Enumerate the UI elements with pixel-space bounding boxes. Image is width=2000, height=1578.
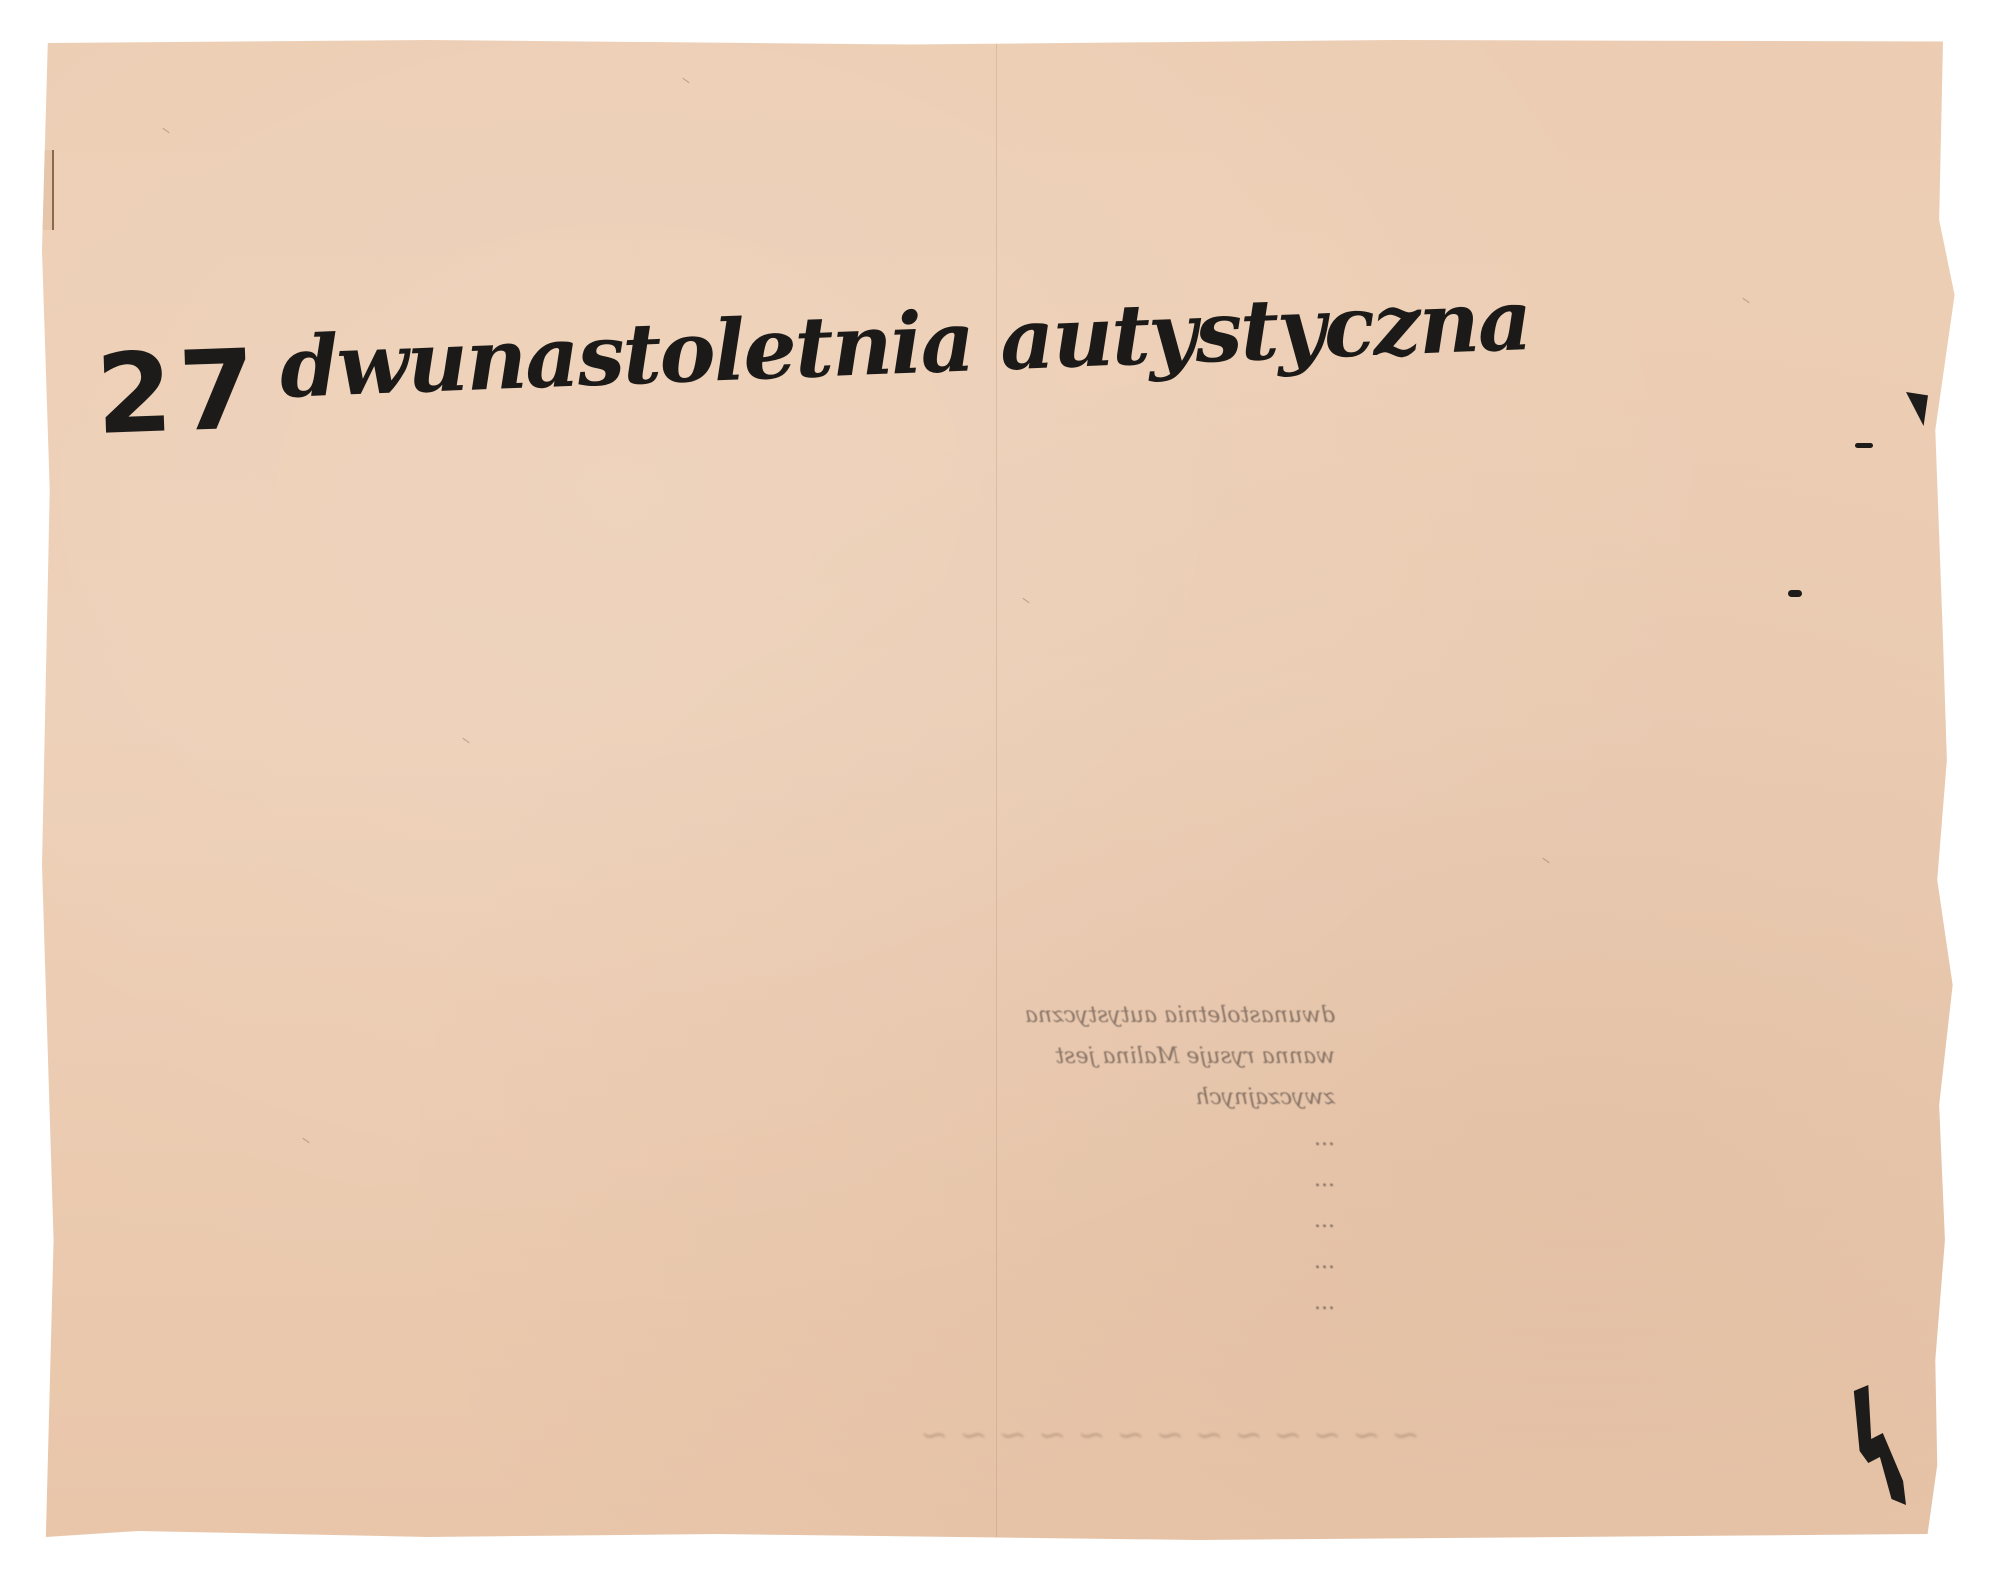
offset-line: zwyczajnych	[905, 1077, 1335, 1118]
paper-fiber	[462, 738, 469, 743]
torn-edge-tab	[38, 150, 54, 230]
offset-line: ...	[905, 1200, 1335, 1241]
offset-line: ...	[905, 1241, 1335, 1282]
paper-fiber	[162, 128, 169, 133]
offset-line: ...	[905, 1282, 1335, 1323]
ink-dot-mark	[1788, 590, 1802, 597]
offset-line: ...	[905, 1159, 1335, 1200]
ink-dash-mark	[1855, 443, 1873, 448]
mirrored-offset-text: dwunastoletnia autystyczna wanna rysuje …	[905, 995, 1335, 1323]
paper-fiber	[302, 1138, 309, 1143]
offset-line: wanna rysuje Malina jest	[905, 1036, 1335, 1077]
offset-line: ...	[905, 1118, 1335, 1159]
paper-fiber	[1542, 858, 1549, 863]
paper-fiber	[1742, 298, 1749, 303]
offset-line: dwunastoletnia autystyczna	[905, 995, 1335, 1036]
bottom-ghost-text: ~ ~ ~ ~ ~ ~ ~ ~ ~ ~ ~ ~ ~	[120, 1415, 1420, 1455]
paper-fiber	[682, 78, 689, 83]
page-number: 27	[94, 325, 263, 459]
paper-fiber	[1022, 598, 1029, 603]
